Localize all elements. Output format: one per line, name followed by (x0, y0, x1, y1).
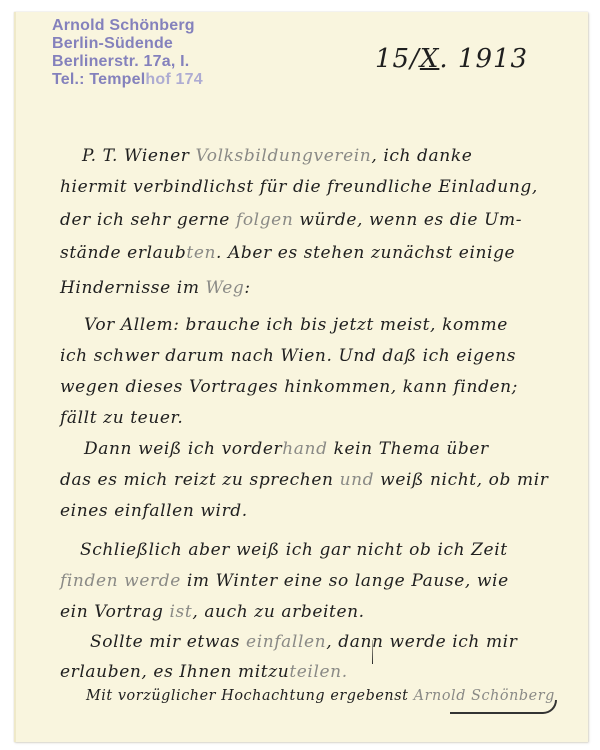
letter-line: fällt zu teuer. (60, 408, 183, 428)
letterhead-phone: Tel.: Tempelhof 174 (52, 71, 203, 89)
date-month: X (420, 44, 440, 74)
letter-line: erlauben, es Ihnen mitzuteilen. (60, 662, 348, 682)
letter-line: Sollte mir etwas einfallen, dann werde i… (90, 632, 517, 652)
letter-line: hiermit verbindlichst für die freundlich… (60, 177, 538, 197)
letterhead-district: Berlin-Südende (52, 35, 203, 53)
letter-line: ich schwer darum nach Wien. Und daß ich … (60, 346, 516, 366)
letter-line: wegen dieses Vortrages hinkommen, kann f… (60, 377, 518, 397)
letter-line: Schließlich aber weiß ich gar nicht ob i… (80, 540, 508, 560)
letterhead-phone-faded: hof 174 (145, 71, 202, 88)
letter-line: der ich sehr gerne folgen würde, wenn es… (60, 210, 522, 230)
letterhead-phone-label: Tel.: Tempel (52, 71, 145, 88)
letterhead-name: Arnold Schönberg (52, 17, 203, 35)
letter-line: P. T. Wiener Volksbildungverein, ich dan… (82, 146, 472, 166)
date-day: 15 (375, 44, 410, 74)
letter-line: finden werde im Winter eine so lange Pau… (60, 571, 509, 591)
letter-line: Dann weiß ich vorderhand kein Thema über (84, 439, 489, 459)
letterhead-street: Berlinerstr. 17a, I. (52, 53, 203, 71)
date-year: 1913 (458, 44, 528, 74)
letterhead-stamp: Arnold Schönberg Berlin-Südende Berliner… (52, 17, 203, 89)
letter-date: 15/X. 1913 (375, 44, 528, 74)
letter-line: ein Vortrag ist, auch zu arbeiten. (60, 602, 365, 622)
ink-mark (372, 640, 373, 664)
letter-line: stände erlaubten. Aber es stehen zunächs… (60, 243, 515, 263)
letter-line: das es mich reizt zu sprechen und weiß n… (60, 470, 548, 490)
letter-line: Hindernisse im Weg: (60, 278, 251, 298)
date-separator: / (410, 44, 420, 74)
letter-line: Vor Allem: brauche ich bis jetzt meist, … (84, 315, 508, 335)
signature-flourish (450, 700, 557, 714)
letter-line: eines einfallen wird. (60, 501, 248, 521)
